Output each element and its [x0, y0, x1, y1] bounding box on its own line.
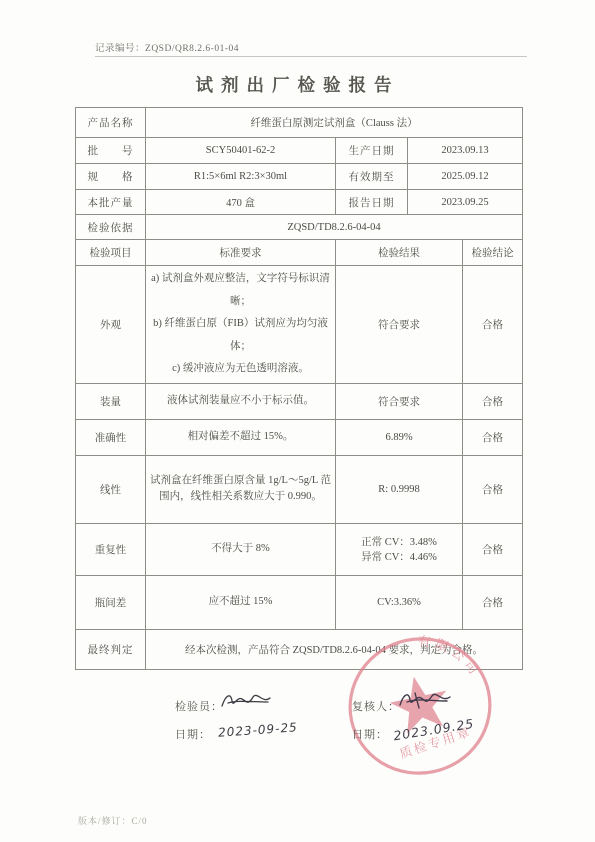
report-page: 记录编号：ZQSD/QR8.2.6-01-04 试剂出厂检验报告 产品名称 纤维…: [0, 0, 595, 842]
item-conclusion: 合格: [463, 266, 523, 384]
item-result: 符合要求: [336, 266, 463, 384]
reviewer-signature: [395, 688, 457, 714]
report-table: 产品名称 纤维蛋白原测定试剂盒（Clauss 法） 批 号 SCY50401-6…: [75, 107, 523, 670]
qty-value: 470 盒: [146, 190, 336, 215]
col-header-item: 检验项目: [76, 240, 146, 266]
table-row: 规 格 R1:5×6ml R2:3×30ml 有效期至 2025.09.12: [76, 164, 523, 190]
item-name: 外观: [76, 266, 146, 384]
reviewer-date-label: 日期：: [352, 726, 388, 742]
spec-label: 规 格: [76, 164, 146, 190]
expiry-value: 2025.09.12: [408, 164, 523, 190]
basis-label: 检验依据: [76, 215, 146, 240]
item-conclusion: 合格: [463, 455, 523, 523]
table-row-accuracy: 准确性 相对偏差不超过 15%。 6.89% 合格: [76, 419, 523, 455]
page-title: 试剂出厂检验报告: [0, 72, 595, 97]
version-footnote: 版本/修订：C/0: [78, 814, 148, 827]
item-result: R: 0.9998: [336, 455, 463, 523]
record-number-label: 记录编号：: [95, 44, 145, 54]
table-row-linearity: 线性 试剂盒在纤维蛋白原含量 1g/L～5g/L 范围内，线性相关系数应大于 0…: [76, 455, 523, 523]
item-requirement: 应不超过 15%: [146, 575, 336, 629]
item-result: 6.89%: [336, 419, 463, 455]
expiry-label: 有效期至: [336, 164, 408, 190]
final-judgement-label: 最终判定: [76, 629, 146, 669]
table-row: 产品名称 纤维蛋白原测定试剂盒（Clauss 法）: [76, 108, 523, 138]
inspector-date-value: 2023-09-25: [218, 720, 299, 740]
col-header-conclusion: 检验结论: [463, 240, 523, 266]
report-date-value: 2023.09.25: [408, 190, 523, 215]
item-conclusion: 合格: [463, 523, 523, 575]
table-row-fill-volume: 装量 液体试剂装量应不小于标示值。 符合要求 合格: [76, 383, 523, 419]
item-requirement: a) 试剂盒外观应整洁，文字符号标识清晰； b) 纤维蛋白原（FIB）试剂应为均…: [146, 266, 336, 384]
table-row: 批 号 SCY50401-62-2 生产日期 2023.09.13: [76, 138, 523, 164]
col-header-requirement: 标准要求: [146, 240, 336, 266]
item-result: 正常 CV：3.48% 异常 CV：4.46%: [336, 523, 463, 575]
item-requirement: 试剂盒在纤维蛋白原含量 1g/L～5g/L 范围内，线性相关系数应大于 0.99…: [146, 455, 336, 523]
item-requirement: 不得大于 8%: [146, 523, 336, 575]
inspector-signature: [218, 690, 280, 714]
prod-date-label: 生产日期: [336, 138, 408, 164]
stamp-arc-text: 有限公司: [414, 622, 485, 690]
product-name-value: 纤维蛋白原测定试剂盒（Clauss 法）: [146, 108, 523, 138]
table-row: 本批产量 470 盒 报告日期 2023.09.25: [76, 190, 523, 215]
item-name: 装量: [76, 383, 146, 419]
table-row-appearance: 外观 a) 试剂盒外观应整洁，文字符号标识清晰； b) 纤维蛋白原（FIB）试剂…: [76, 266, 523, 384]
item-name: 准确性: [76, 419, 146, 455]
item-name: 瓶间差: [76, 575, 146, 629]
report-date-label: 报告日期: [336, 190, 408, 215]
inspector-label: 检验员：: [175, 698, 223, 714]
header-rule: [95, 56, 527, 57]
table-header-row: 检验项目 标准要求 检验结果 检验结论: [76, 240, 523, 266]
spec-value: R1:5×6ml R2:3×30ml: [146, 164, 336, 190]
prod-date-value: 2023.09.13: [408, 138, 523, 164]
qty-label: 本批产量: [76, 190, 146, 215]
record-number: 记录编号：ZQSD/QR8.2.6-01-04: [95, 40, 239, 54]
table-row-repeatability: 重复性 不得大于 8% 正常 CV：3.48% 异常 CV：4.46% 合格: [76, 523, 523, 575]
inspector-date-label: 日期：: [175, 726, 211, 742]
batch-label: 批 号: [76, 138, 146, 164]
product-name-label: 产品名称: [76, 108, 146, 138]
item-conclusion: 合格: [463, 419, 523, 455]
item-conclusion: 合格: [463, 383, 523, 419]
col-header-result: 检验结果: [336, 240, 463, 266]
item-name: 重复性: [76, 523, 146, 575]
table-row: 检验依据 ZQSD/TD8.2.6-04-04: [76, 215, 523, 240]
basis-value: ZQSD/TD8.2.6-04-04: [146, 215, 523, 240]
item-result: 符合要求: [336, 383, 463, 419]
item-name: 线性: [76, 455, 146, 523]
batch-value: SCY50401-62-2: [146, 138, 336, 164]
item-requirement: 液体试剂装量应不小于标示值。: [146, 383, 336, 419]
record-number-value: ZQSD/QR8.2.6-01-04: [145, 44, 239, 54]
reviewer-label: 复核人：: [352, 698, 400, 714]
item-requirement: 相对偏差不超过 15%。: [146, 419, 336, 455]
